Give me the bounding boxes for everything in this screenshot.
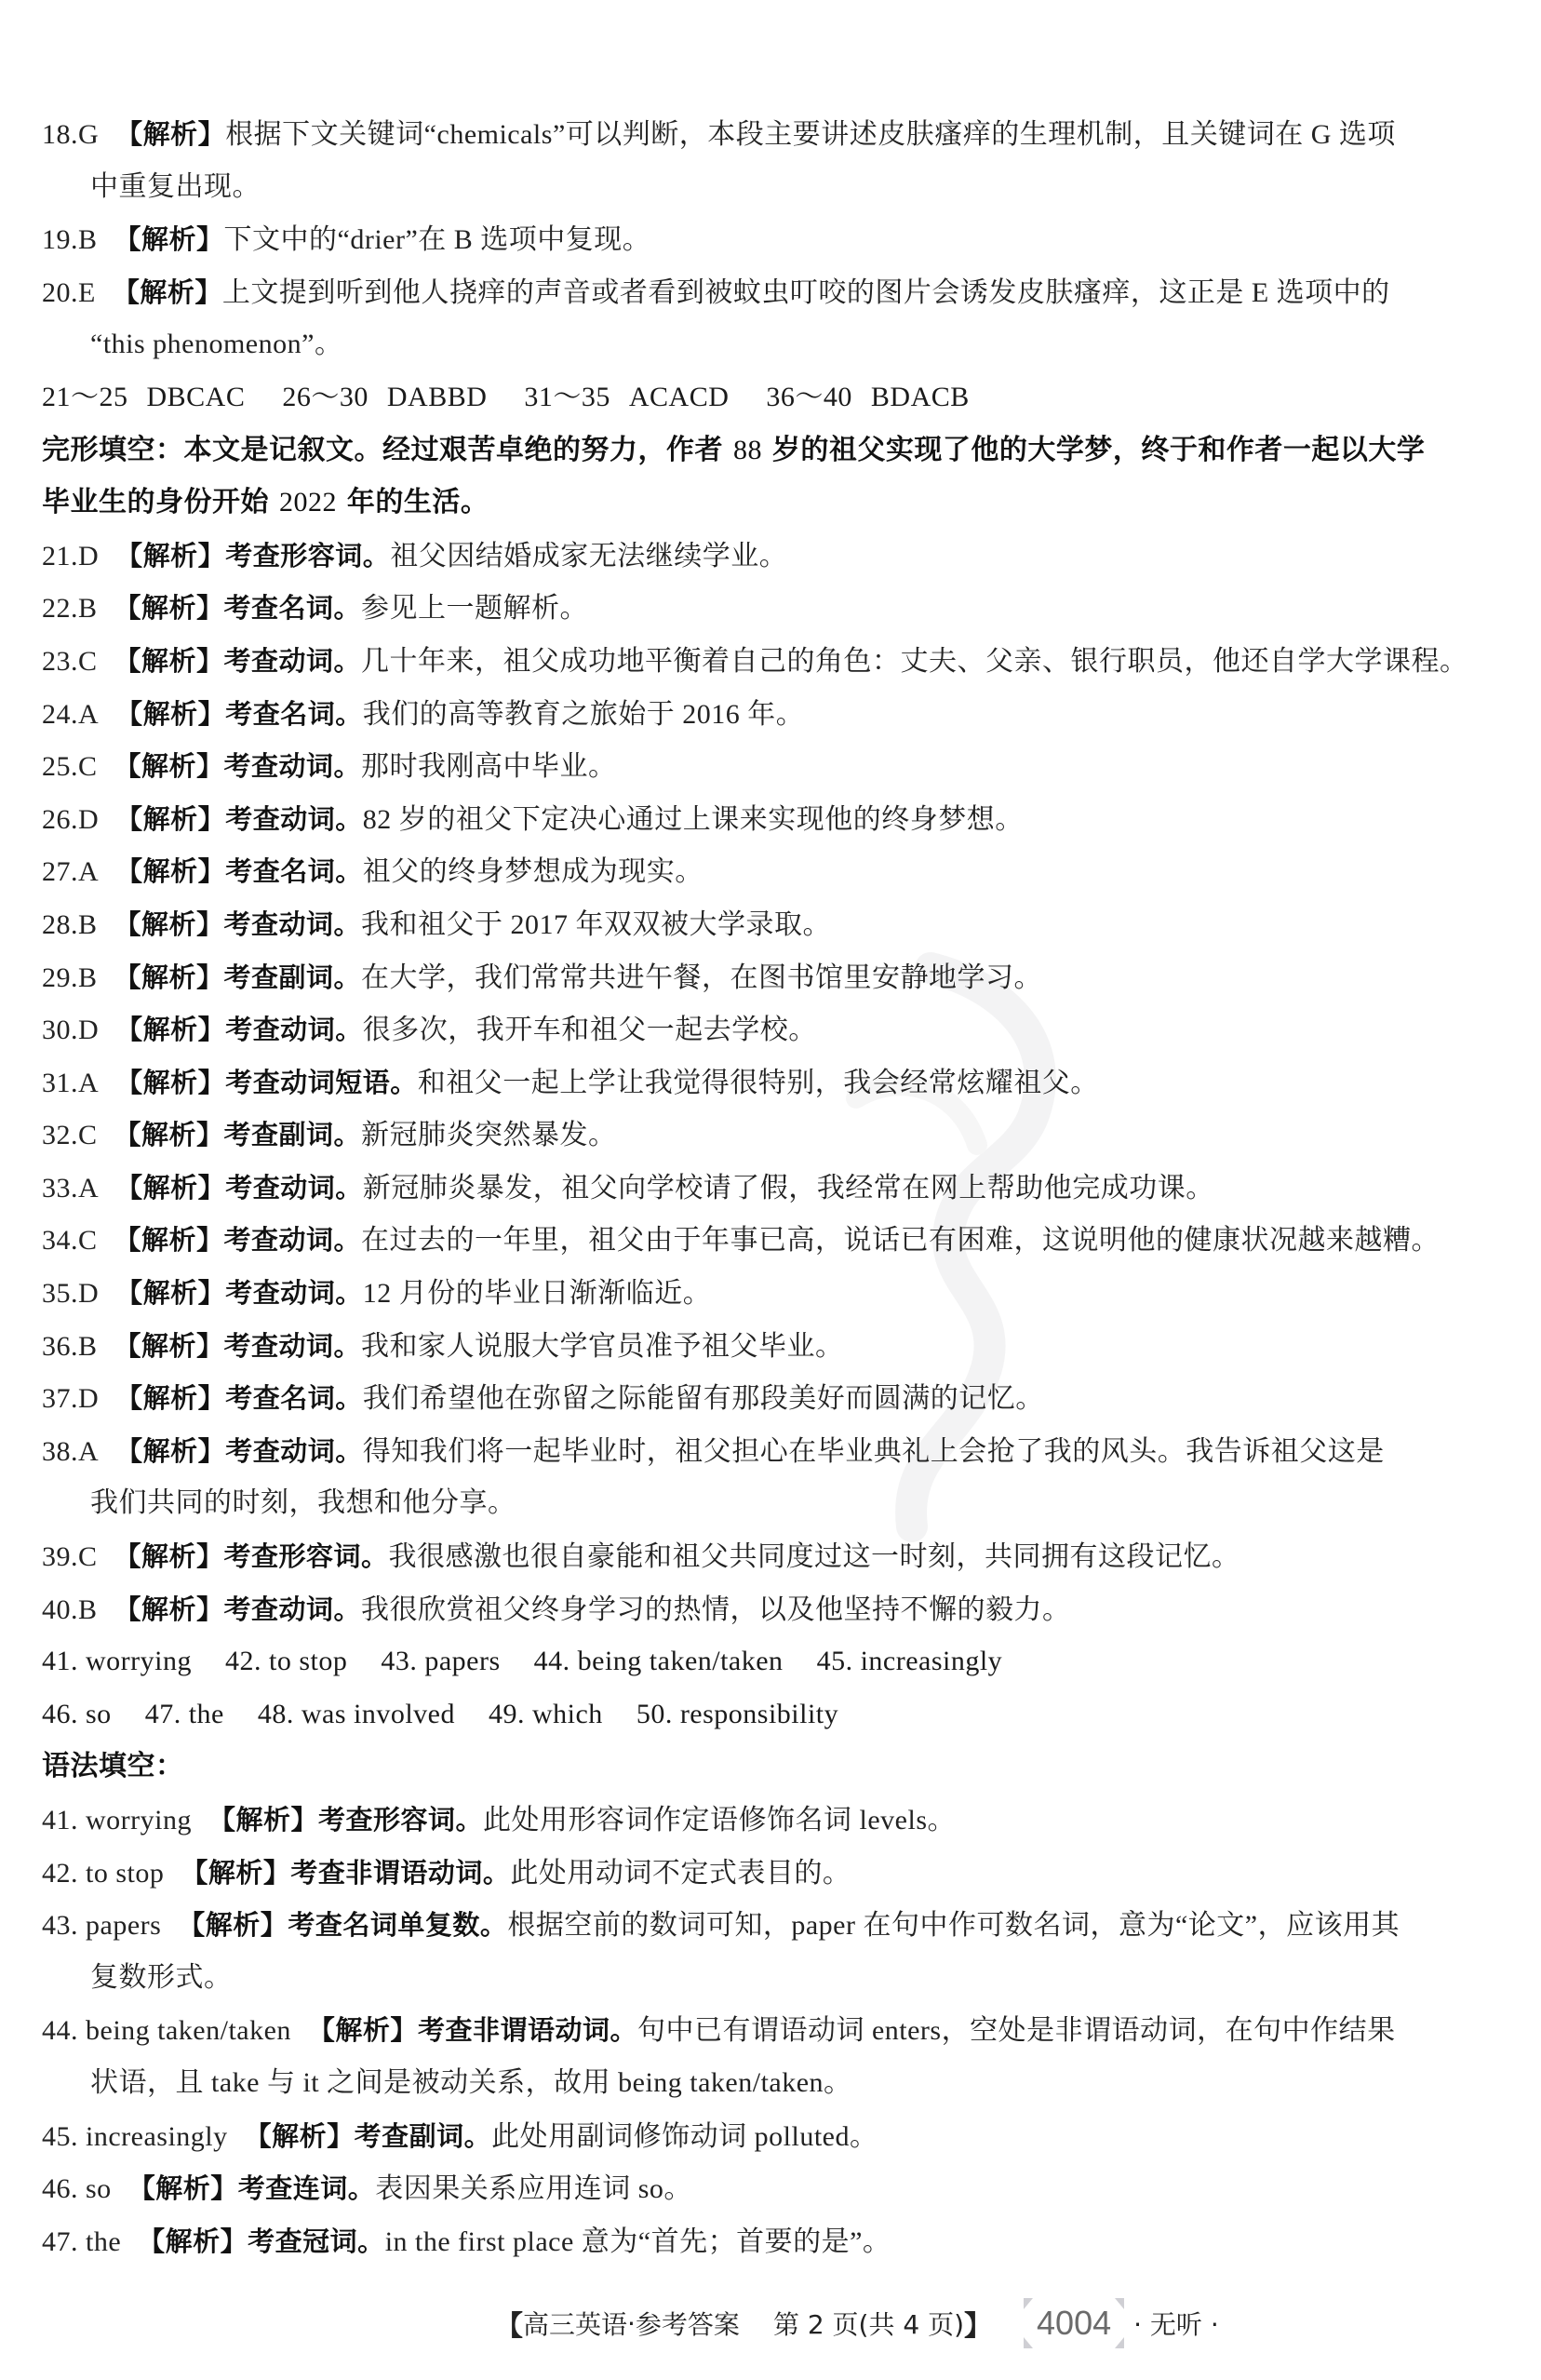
cloze-heading: 完形填空：本文是记叙文。经过艰苦卓绝的努力，作者 88 岁的祖父实现了他的大学梦… bbox=[42, 424, 1503, 477]
item-text: 12 月份的毕业日渐渐临近。 bbox=[363, 1278, 712, 1309]
analysis-tag: 【解析】 bbox=[114, 908, 224, 940]
item-topic: 考查副词。 bbox=[355, 2120, 492, 2152]
item-topic: 考查动词。 bbox=[225, 1435, 363, 1467]
footer-doc-type: 参考答案 bbox=[636, 2305, 740, 2342]
cloze-item-28: 28.B【解析】考查动词。我和祖父于 2017 年双双被大学录取。 bbox=[42, 898, 1503, 951]
badge-corner-icon bbox=[1024, 2298, 1033, 2309]
cloze-items: 21.D【解析】考查形容词。祖父因结婚成家无法继续学业。 22.B【解析】考查名… bbox=[42, 530, 1503, 1635]
item-text: 我们希望他在弥留之际能留有那段美好而圆满的记忆。 bbox=[363, 1383, 1044, 1414]
item-text: 此处用形容词作定语修饰名词 levels。 bbox=[483, 1805, 956, 1835]
grammar-item-44: 44. being taken/taken【解析】考查非谓语动词。句中已有谓语动… bbox=[42, 2004, 1503, 2057]
item-text: 我们的高等教育之旅始于 2016 年。 bbox=[363, 699, 805, 730]
cloze-item-33: 33.A【解析】考查动词。新冠肺炎暴发，祖父向学校请了假，我经常在网上帮助他完成… bbox=[42, 1162, 1503, 1215]
footer-suffix: · 无听 · bbox=[1133, 2305, 1219, 2342]
cloze-heading-label: 完形填空：本文是记叙文。经过艰苦卓绝的努力，作者 bbox=[42, 434, 733, 466]
badge-corner-icon bbox=[1115, 2337, 1124, 2348]
answer-key-page: 18.G【解析】根据下文关键词“chemicals”可以判断，本段主要讲述皮肤瘙… bbox=[0, 0, 1541, 2380]
footer-code: 4004 bbox=[1037, 2304, 1111, 2342]
item-text: 根据空前的数词可知，paper 在句中作可数名词，意为“论文”，应该用其 bbox=[507, 1910, 1400, 1941]
cloze-heading-line2-b: 年的生活。 bbox=[337, 486, 489, 518]
item-text: 句中已有谓语动词 enters，空处是非谓语动词，在句中作结果 bbox=[637, 2015, 1396, 2046]
analysis-tag: 【解析】 bbox=[245, 2120, 355, 2152]
cloze-item-38-continuation: 我们共同的时刻，我想和他分享。 bbox=[42, 1477, 1503, 1530]
item-text-cont: 中重复出现。 bbox=[90, 171, 261, 202]
item-text: 我和祖父于 2017 年双双被大学录取。 bbox=[361, 909, 831, 940]
analysis-tag: 【解析】 bbox=[115, 1382, 225, 1414]
cloze-item-37: 37.D【解析】考查名词。我们希望他在弥留之际能留有那段美好而圆满的记忆。 bbox=[42, 1372, 1503, 1425]
item-number: 46. so bbox=[42, 2173, 112, 2204]
cloze-item-32: 32.C【解析】考查副词。新冠肺炎突然暴发。 bbox=[42, 1109, 1503, 1162]
analysis-tag: 【解析】 bbox=[115, 540, 225, 571]
footer-close-bracket: 】 bbox=[964, 2303, 992, 2344]
analysis-tag: 【解析】 bbox=[308, 2014, 418, 2046]
grammar-heading: 语法填空： bbox=[42, 1741, 1503, 1794]
item-18-continuation: 中重复出现。 bbox=[42, 161, 1503, 214]
reading-items: 18.G【解析】根据下文关键词“chemicals”可以判断，本段主要讲述皮肤瘙… bbox=[42, 108, 1503, 371]
answer-range: 26～30 bbox=[282, 371, 368, 424]
cloze-heading-line2: 毕业生的身份开始 2022 年的生活。 bbox=[42, 477, 1503, 530]
analysis-tag: 【解析】 bbox=[114, 223, 224, 255]
item-number: 19.B bbox=[42, 224, 98, 255]
item-text: 我和家人说服大学官员准予祖父毕业。 bbox=[361, 1331, 844, 1362]
item-text-cont: 我们共同的时刻，我想和他分享。 bbox=[90, 1487, 516, 1518]
item-number: 34.C bbox=[42, 1225, 98, 1256]
item-number: 42. to stop bbox=[42, 1858, 164, 1889]
item-text: 我很感激也很自豪能和祖父共同度过这一时刻，共同拥有这段记忆。 bbox=[389, 1541, 1240, 1572]
item-text: 此处用动词不定式表目的。 bbox=[510, 1858, 851, 1889]
item-text: 上文提到听到他人挠痒的声音或者看到被蚊虫叮咬的图片会诱发皮肤瘙痒，这正是 E 选… bbox=[222, 277, 1390, 308]
grammar-answers-row-1: 41. worrying42. to stop43. papers44. bei… bbox=[42, 1635, 1503, 1688]
item-text: 祖父的终身梦想成为现实。 bbox=[363, 856, 703, 887]
grammar-answer: 48. was involved bbox=[258, 1688, 455, 1741]
analysis-tag: 【解析】 bbox=[178, 1909, 288, 1941]
item-topic: 考查非谓语动词。 bbox=[418, 2014, 637, 2046]
analysis-tag: 【解析】 bbox=[114, 1119, 224, 1150]
analysis-tag: 【解析】 bbox=[114, 1540, 224, 1572]
page-footer: 【 高三英语 · 参考答案 第 2 页(共 4 页) 】 4004 · 无听 · bbox=[495, 2297, 1219, 2349]
item-18: 18.G【解析】根据下文关键词“chemicals”可以判断，本段主要讲述皮肤瘙… bbox=[42, 108, 1503, 161]
item-topic: 考查冠词。 bbox=[248, 2225, 385, 2257]
answer-letters: DBCAC bbox=[147, 371, 246, 424]
cloze-item-25: 25.C【解析】考查动词。那时我刚高中毕业。 bbox=[42, 740, 1503, 793]
answer-range: 36～40 bbox=[766, 371, 852, 424]
item-number: 37.D bbox=[42, 1383, 99, 1414]
item-text-cont: “this phenomenon”。 bbox=[90, 329, 342, 359]
cloze-item-36: 36.B【解析】考查动词。我和家人说服大学官员准予祖父毕业。 bbox=[42, 1320, 1503, 1373]
grammar-item-42: 42. to stop【解析】考查非谓语动词。此处用动词不定式表目的。 bbox=[42, 1847, 1503, 1900]
item-number: 28.B bbox=[42, 909, 98, 940]
item-number: 20.E bbox=[42, 277, 96, 308]
analysis-tag: 【解析】 bbox=[114, 1593, 224, 1625]
analysis-tag: 【解析】 bbox=[115, 1277, 225, 1309]
grammar-item-45: 45. increasingly【解析】考查副词。此处用副词修饰动词 pollu… bbox=[42, 2110, 1503, 2163]
item-text: 很多次，我开车和祖父一起去学校。 bbox=[363, 1015, 817, 1045]
grammar-items: 41. worrying【解析】考查形容词。此处用形容词作定语修饰名词 leve… bbox=[42, 1794, 1503, 2267]
analysis-tag: 【解析】 bbox=[115, 118, 225, 150]
item-20: 20.E【解析】上文提到听到他人挠痒的声音或者看到被蚊虫叮咬的图片会诱发皮肤瘙痒… bbox=[42, 266, 1503, 319]
cloze-item-40: 40.B【解析】考查动词。我很欣赏祖父终身学习的热情，以及他坚持不懈的毅力。 bbox=[42, 1583, 1503, 1636]
analysis-tag: 【解析】 bbox=[115, 1067, 225, 1098]
item-number: 22.B bbox=[42, 593, 98, 624]
cloze-heading-rest: 岁的祖父实现了他的大学梦，终于和作者一起以大学 bbox=[762, 434, 1425, 466]
item-number: 23.C bbox=[42, 646, 98, 677]
analysis-tag: 【解析】 bbox=[115, 855, 225, 887]
item-topic: 考查动词。 bbox=[224, 1593, 362, 1625]
item-text: 下文中的“drier”在 B 选项中复现。 bbox=[224, 224, 651, 255]
grammar-item-44-continuation: 状语，且 take 与 it 之间是被动关系，故用 being taken/ta… bbox=[42, 2057, 1503, 2110]
item-topic: 考查形容词。 bbox=[318, 1804, 483, 1835]
item-topic: 考查名词。 bbox=[225, 855, 363, 887]
cloze-item-30: 30.D【解析】考查动词。很多次，我开车和祖父一起去学校。 bbox=[42, 1003, 1503, 1056]
item-text: 新冠肺炎暴发，祖父向学校请了假，我经常在网上帮助他完成功课。 bbox=[363, 1173, 1214, 1203]
item-text: 得知我们将一起毕业时，祖父担心在毕业典礼上会抢了我的风头。我告诉祖父这是 bbox=[363, 1436, 1385, 1467]
grammar-item-43: 43. papers【解析】考查名词单复数。根据空前的数词可知，paper 在句… bbox=[42, 1899, 1503, 1952]
content: 18.G【解析】根据下文关键词“chemicals”可以判断，本段主要讲述皮肤瘙… bbox=[42, 108, 1503, 2267]
grammar-item-43-continuation: 复数形式。 bbox=[42, 1952, 1503, 2005]
item-number: 45. increasingly bbox=[42, 2121, 228, 2152]
grammar-answer: 46. so bbox=[42, 1688, 112, 1741]
item-text: 在大学，我们常常共进午餐，在图书馆里安静地学习。 bbox=[361, 962, 1042, 993]
item-topic: 考查副词。 bbox=[224, 1119, 362, 1150]
grammar-item-41: 41. worrying【解析】考查形容词。此处用形容词作定语修饰名词 leve… bbox=[42, 1794, 1503, 1847]
item-text: 82 岁的祖父下定决心通过上课来实现他的终身梦想。 bbox=[363, 804, 1024, 835]
cloze-item-26: 26.D【解析】考查动词。82 岁的祖父下定决心通过上课来实现他的终身梦想。 bbox=[42, 793, 1503, 846]
grammar-item-47: 47. the【解析】考查冠词。in the first place 意为“首先… bbox=[42, 2215, 1503, 2268]
analysis-tag: 【解析】 bbox=[115, 1435, 225, 1467]
footer-page-info: 第 2 页(共 4 页) bbox=[773, 2305, 964, 2342]
footer-code-badge: 4004 bbox=[1024, 2298, 1124, 2348]
item-topic: 考查动词。 bbox=[225, 1172, 363, 1203]
answer-range: 21～25 bbox=[42, 371, 128, 424]
item-19: 19.B【解析】下文中的“drier”在 B 选项中复现。 bbox=[42, 213, 1503, 266]
item-topic: 考查名词单复数。 bbox=[288, 1909, 507, 1941]
footer-open-bracket: 【 bbox=[495, 2303, 523, 2344]
item-topic: 考查形容词。 bbox=[225, 540, 390, 571]
item-text: 表因果关系应用连词 so。 bbox=[375, 2173, 692, 2204]
item-topic: 考查动词。 bbox=[225, 803, 363, 835]
item-number: 40.B bbox=[42, 1594, 98, 1625]
item-number: 24.A bbox=[42, 699, 99, 730]
item-20-continuation: “this phenomenon”。 bbox=[42, 318, 1503, 371]
item-number: 43. papers bbox=[42, 1910, 161, 1941]
item-topic: 考查形容词。 bbox=[224, 1540, 389, 1572]
item-number: 41. worrying bbox=[42, 1805, 192, 1835]
item-number: 30.D bbox=[42, 1015, 99, 1045]
item-text: 和祖父一起上学让我觉得很特别，我会经常炫耀祖父。 bbox=[418, 1068, 1099, 1098]
analysis-tag: 【解析】 bbox=[138, 2225, 248, 2257]
cloze-item-31: 31.A【解析】考查动词短语。和祖父一起上学让我觉得很特别，我会经常炫耀祖父。 bbox=[42, 1056, 1503, 1109]
cloze-item-22: 22.B【解析】考查名词。参见上一题解析。 bbox=[42, 582, 1503, 635]
item-topic: 考查动词。 bbox=[224, 1224, 362, 1256]
grammar-answer: 44. being taken/taken bbox=[534, 1635, 784, 1688]
item-number: 27.A bbox=[42, 856, 99, 887]
analysis-tag: 【解析】 bbox=[114, 1330, 224, 1362]
analysis-tag: 【解析】 bbox=[208, 1804, 318, 1835]
cloze-item-29: 29.B【解析】考查副词。在大学，我们常常共进午餐，在图书馆里安静地学习。 bbox=[42, 951, 1503, 1004]
item-topic: 考查名词。 bbox=[224, 592, 362, 624]
analysis-tag: 【解析】 bbox=[114, 592, 224, 624]
answer-range: 31～35 bbox=[524, 371, 610, 424]
cloze-item-24: 24.A【解析】考查名词。我们的高等教育之旅始于 2016 年。 bbox=[42, 688, 1503, 741]
item-text: 参见上一题解析。 bbox=[361, 593, 588, 624]
item-topic: 考查动词。 bbox=[224, 908, 362, 940]
analysis-tag: 【解析】 bbox=[128, 2172, 238, 2204]
item-text: 那时我刚高中毕业。 bbox=[361, 751, 617, 782]
grammar-answer: 50. responsibility bbox=[636, 1688, 838, 1741]
badge-corner-icon bbox=[1024, 2337, 1033, 2348]
analysis-tag: 【解析】 bbox=[181, 1857, 290, 1889]
item-topic: 考查动词。 bbox=[225, 1014, 363, 1045]
grammar-answer: 49. which bbox=[489, 1688, 603, 1741]
analysis-tag: 【解析】 bbox=[115, 803, 225, 835]
analysis-tag: 【解析】 bbox=[115, 1172, 225, 1203]
cloze-item-23: 23.C【解析】考查动词。几十年来，祖父成功地平衡着自己的角色：丈夫、父亲、银行… bbox=[42, 635, 1503, 688]
item-number: 18.G bbox=[42, 119, 99, 150]
item-number: 32.C bbox=[42, 1120, 98, 1150]
analysis-tag: 【解析】 bbox=[114, 961, 224, 993]
item-topic: 考查副词。 bbox=[224, 961, 362, 993]
cloze-item-38: 38.A【解析】考查动词。得知我们将一起毕业时，祖父担心在毕业典礼上会抢了我的风… bbox=[42, 1425, 1503, 1478]
item-topic: 考查动词。 bbox=[225, 1277, 363, 1309]
item-number: 33.A bbox=[42, 1173, 99, 1203]
item-text: 新冠肺炎突然暴发。 bbox=[361, 1120, 617, 1150]
grammar-answers-row-2: 46. so47. the48. was involved49. which50… bbox=[42, 1688, 1503, 1741]
item-text: in the first place 意为“首先；首要的是”。 bbox=[385, 2226, 891, 2257]
item-number: 38.A bbox=[42, 1436, 99, 1467]
grammar-answer: 45. increasingly bbox=[817, 1635, 1003, 1688]
grammar-answer: 41. worrying bbox=[42, 1635, 192, 1688]
item-number: 36.B bbox=[42, 1331, 98, 1362]
analysis-tag: 【解析】 bbox=[113, 276, 222, 308]
grammar-answer: 43. papers bbox=[381, 1635, 500, 1688]
item-number: 44. being taken/taken bbox=[42, 2015, 291, 2046]
item-number: 39.C bbox=[42, 1541, 98, 1572]
item-number: 35.D bbox=[42, 1278, 99, 1309]
item-number: 47. the bbox=[42, 2226, 121, 2257]
item-number: 31.A bbox=[42, 1068, 99, 1098]
grammar-answer: 47. the bbox=[145, 1688, 224, 1741]
item-text: 我很欣赏祖父终身学习的热情，以及他坚持不懈的毅力。 bbox=[361, 1594, 1071, 1625]
item-number: 25.C bbox=[42, 751, 98, 782]
grammar-item-46: 46. so【解析】考查连词。表因果关系应用连词 so。 bbox=[42, 2162, 1503, 2215]
cloze-item-34: 34.C【解析】考查动词。在过去的一年里，祖父由于年事已高，说话已有困难，这说明… bbox=[42, 1214, 1503, 1267]
item-text-cont: 状语，且 take 与 it 之间是被动关系，故用 being taken/ta… bbox=[90, 2067, 852, 2098]
item-text: 根据下文关键词“chemicals”可以判断，本段主要讲述皮肤瘙痒的生理机制，且… bbox=[225, 119, 1396, 150]
answer-letters: ACACD bbox=[629, 371, 730, 424]
item-topic: 考查动词。 bbox=[224, 750, 362, 782]
item-topic: 考查名词。 bbox=[225, 1382, 363, 1414]
item-topic: 考查动词短语。 bbox=[225, 1067, 418, 1098]
item-number: 29.B bbox=[42, 962, 98, 993]
footer-subject: 高三英语 bbox=[523, 2305, 627, 2342]
cloze-item-35: 35.D【解析】考查动词。12 月份的毕业日渐渐临近。 bbox=[42, 1267, 1503, 1320]
item-number: 21.D bbox=[42, 541, 99, 571]
analysis-tag: 【解析】 bbox=[115, 1014, 225, 1045]
analysis-tag: 【解析】 bbox=[114, 750, 224, 782]
item-text: 几十年来，祖父成功地平衡着自己的角色：丈夫、父亲、银行职员，他还自学大学课程。 bbox=[361, 646, 1468, 677]
grammar-heading-label: 语法填空： bbox=[42, 1750, 184, 1782]
badge-corner-icon bbox=[1115, 2298, 1124, 2309]
answer-letters: BDACB bbox=[871, 371, 970, 424]
answer-letters: DABBD bbox=[387, 371, 488, 424]
cloze-heading-age: 88 bbox=[733, 435, 762, 465]
grammar-answer: 42. to stop bbox=[225, 1635, 347, 1688]
cloze-heading-line2-a: 毕业生的身份开始 bbox=[42, 486, 279, 518]
cloze-answer-key: 21～25DBCAC26～30DABBD31～35ACACD36～40BDACB bbox=[42, 371, 1503, 424]
item-topic: 考查非谓语动词。 bbox=[290, 1857, 510, 1889]
item-text: 祖父因结婚成家无法继续学业。 bbox=[390, 541, 787, 571]
item-text: 此处用副词修饰动词 polluted。 bbox=[491, 2121, 878, 2152]
cloze-heading-year: 2022 bbox=[279, 487, 337, 518]
cloze-item-21: 21.D【解析】考查形容词。祖父因结婚成家无法继续学业。 bbox=[42, 530, 1503, 583]
cloze-item-39: 39.C【解析】考查形容词。我很感激也很自豪能和祖父共同度过这一时刻，共同拥有这… bbox=[42, 1530, 1503, 1583]
item-topic: 考查动词。 bbox=[224, 645, 362, 677]
analysis-tag: 【解析】 bbox=[115, 698, 225, 730]
item-topic: 考查动词。 bbox=[224, 1330, 362, 1362]
item-topic: 考查连词。 bbox=[238, 2172, 376, 2204]
analysis-tag: 【解析】 bbox=[114, 645, 224, 677]
item-topic: 考查名词。 bbox=[225, 698, 363, 730]
item-text-cont: 复数形式。 bbox=[90, 1962, 233, 1993]
cloze-item-27: 27.A【解析】考查名词。祖父的终身梦想成为现实。 bbox=[42, 845, 1503, 898]
item-number: 26.D bbox=[42, 804, 99, 835]
analysis-tag: 【解析】 bbox=[114, 1224, 224, 1256]
footer-separator: · bbox=[627, 2308, 636, 2339]
item-text: 在过去的一年里，祖父由于年事已高，说话已有困难，这说明他的健康状况越来越糟。 bbox=[361, 1225, 1440, 1256]
